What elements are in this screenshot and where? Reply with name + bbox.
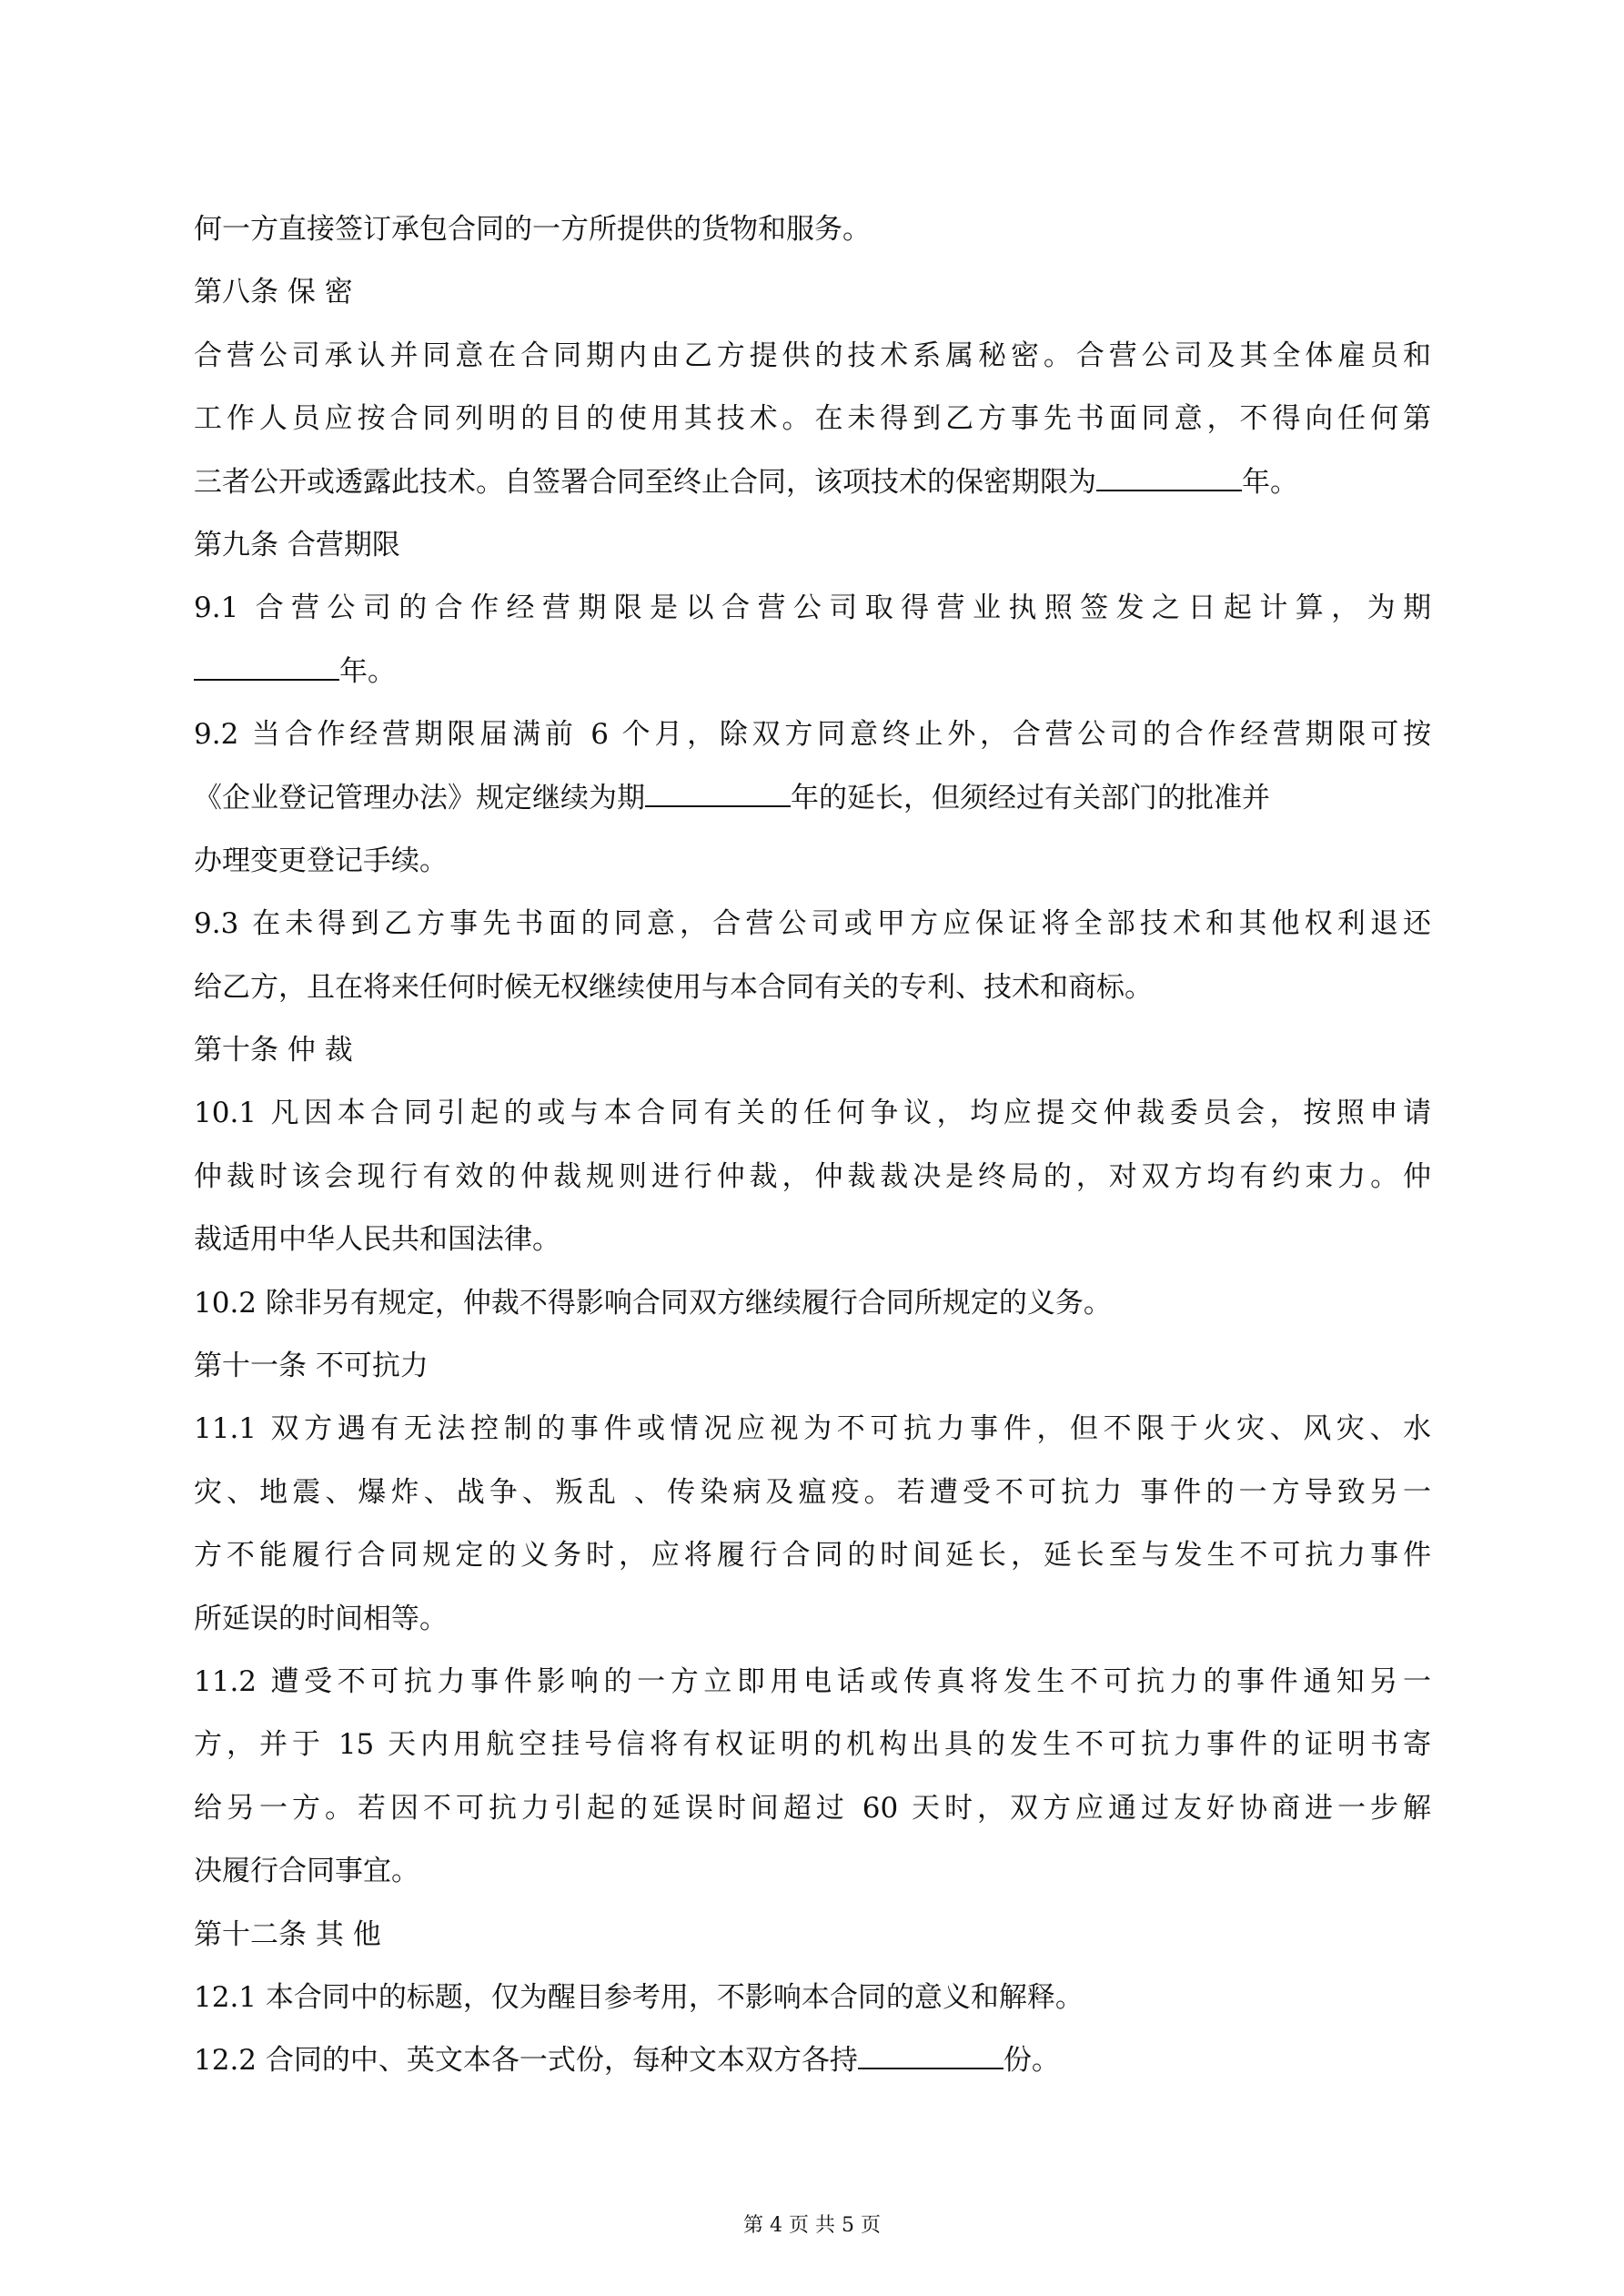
paragraph-line: 三者公开或透露此技术。自签署合同至终止合同，该项技术的保密期限为年。 [194, 451, 1431, 514]
line-text: 份。 [1004, 2044, 1060, 2077]
paragraph-line: 方不能履行合同规定的义务时，应将履行合同的时间延长，延长至与发生不可抗力事件 [194, 1524, 1431, 1587]
document-body: 何一方直接签订承包合同的一方所提供的货物和服务。 第八条 保 密 合营公司承认并… [194, 198, 1431, 2093]
fill-in-blank[interactable] [645, 782, 791, 807]
document-page: 何一方直接签订承包合同的一方所提供的货物和服务。 第八条 保 密 合营公司承认并… [0, 0, 1624, 2296]
page-footer: 第 4 页 共 5 页 [0, 2210, 1624, 2238]
paragraph-line: 何一方直接签订承包合同的一方所提供的货物和服务。 [194, 198, 1431, 261]
section-heading-9: 第九条 合营期限 [194, 514, 1431, 577]
paragraph-line: 合营公司承认并同意在合同期内由乙方提供的技术系属秘密。合营公司及其全体雇员和 [194, 325, 1431, 388]
paragraph-line: 年。 [194, 641, 1431, 703]
line-text: 年。 [1242, 466, 1298, 499]
fill-in-blank[interactable] [1096, 466, 1242, 491]
paragraph-line: 工作人员应按合同列明的目的使用其技术。在未得到乙方事先书面同意，不得向任何第 [194, 388, 1431, 450]
paragraph-line: 9.3 在未得到乙方事先书面的同意，合营公司或甲方应保证将全部技术和其他权利退还 [194, 893, 1431, 956]
paragraph-line: 方，并于 15 天内用航空挂号信将有权证明的机构出具的发生不可抗力事件的证明书寄 [194, 1714, 1431, 1776]
paragraph-line: 所延误的时间相等。 [194, 1588, 1431, 1651]
paragraph-line: 11.2 遭受不可抗力事件影响的一方立即用电话或传真将发生不可抗力的事件通知另一 [194, 1651, 1431, 1714]
fill-in-blank[interactable] [858, 2044, 1004, 2069]
section-heading-12: 第十二条 其 他 [194, 1904, 1431, 1967]
paragraph-line: 灾、地震、爆炸、战争、叛乱 、传染病及瘟疫。若遭受不可抗力 事件的一方导致另一 [194, 1462, 1431, 1524]
section-heading-8: 第八条 保 密 [194, 261, 1431, 324]
section-heading-11: 第十一条 不可抗力 [194, 1335, 1431, 1398]
section-heading-10: 第十条 仲 裁 [194, 1019, 1431, 1082]
paragraph-line: 决履行合同事宜。 [194, 1840, 1431, 1903]
paragraph-line: 12.2 合同的中、英文本各一式份，每种文本双方各持份。 [194, 2029, 1431, 2092]
paragraph-line: 裁适用中华人民共和国法律。 [194, 1209, 1431, 1271]
paragraph-line: 10.2 除非另有规定，仲裁不得影响合同双方继续履行合同所规定的义务。 [194, 1272, 1431, 1335]
line-text: 12.2 合同的中、英文本各一式份，每种文本双方各持 [194, 2044, 858, 2077]
paragraph-line: 仲裁时该会现行有效的仲裁规则进行仲裁，仲裁裁决是终局的，对双方均有约束力。仲 [194, 1146, 1431, 1209]
paragraph-line: 11.1 双方遇有无法控制的事件或情况应视为不可抗力事件，但不限于火灾、风灾、水 [194, 1398, 1431, 1461]
paragraph-line: 给乙方，且在将来任何时候无权继续使用与本合同有关的专利、技术和商标。 [194, 956, 1431, 1019]
fill-in-blank[interactable] [194, 655, 339, 681]
paragraph-line: 9.1 合营公司的合作经营期限是以合营公司取得营业执照签发之日起计算，为期 [194, 577, 1431, 640]
paragraph-line: 12.1 本合同中的标题，仅为醒目参考用，不影响本合同的意义和解释。 [194, 1967, 1431, 2029]
paragraph-line: 《企业登记管理办法》规定继续为期年的延长，但须经过有关部门的批准并 [194, 767, 1431, 830]
line-text: 年。 [339, 655, 396, 688]
paragraph-line: 给另一方。若因不可抗力引起的延误时间超过 60 天时，双方应通过友好协商进一步解 [194, 1777, 1431, 1840]
paragraph-line: 办理变更登记手续。 [194, 830, 1431, 893]
paragraph-line: 10.1 凡因本合同引起的或与本合同有关的任何争议，均应提交仲裁委员会，按照申请 [194, 1082, 1431, 1145]
line-text: 三者公开或透露此技术。自签署合同至终止合同，该项技术的保密期限为 [194, 466, 1096, 499]
line-text: 年的延长，但须经过有关部门的批准并 [791, 782, 1270, 814]
paragraph-line: 9.2 当合作经营期限届满前 6 个月，除双方同意终止外，合营公司的合作经营期限… [194, 703, 1431, 766]
line-text: 《企业登记管理办法》规定继续为期 [194, 782, 645, 814]
